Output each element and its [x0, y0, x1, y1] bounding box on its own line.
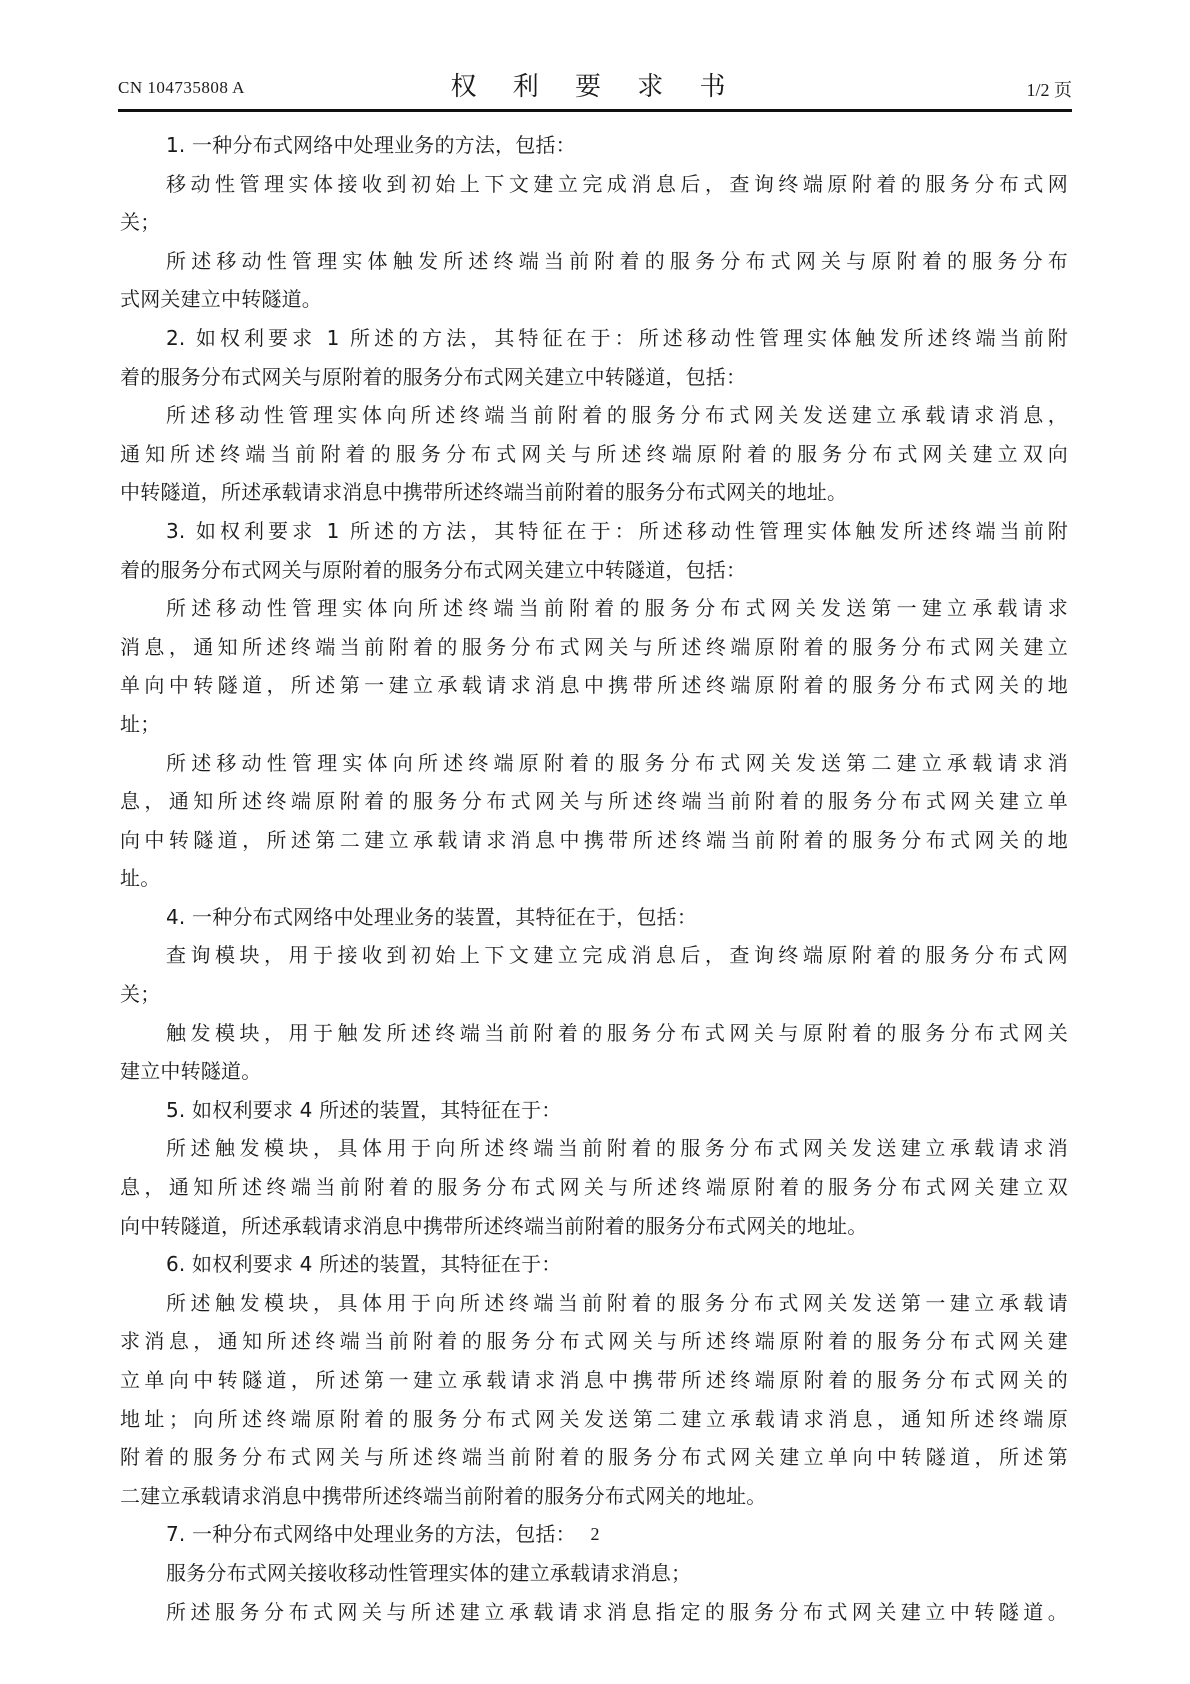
text-line: 通知所述终端当前附着的服务分布式网关与所述终端原附着的服务分布式网关建立双向 — [120, 435, 1068, 474]
text-line: 所述移动性管理实体向所述终端当前附着的服务分布式网关发送第一建立承载请求 — [120, 589, 1068, 628]
text-line: 所述服务分布式网关与所述建立承载请求消息指定的服务分布式网关建立中转隧道。 — [120, 1593, 1068, 1632]
text-line: 址； — [120, 705, 1068, 744]
text-line: 着的服务分布式网关与原附着的服务分布式网关建立中转隧道，包括： — [120, 551, 1068, 590]
text-line: 服务分布式网关接收移动性管理实体的建立承载请求消息； — [120, 1554, 1068, 1593]
text-line: 消息，通知所述终端当前附着的服务分布式网关与所述终端原附着的服务分布式网关建立 — [120, 628, 1068, 667]
text-line: 立单向中转隧道，所述第一建立承载请求消息中携带所述终端原附着的服务分布式网关的 — [120, 1361, 1068, 1400]
text-line: 所述移动性管理实体触发所述终端当前附着的服务分布式网关与原附着的服务分布 — [120, 242, 1068, 281]
text-line: 二建立承载请求消息中携带所述终端当前附着的服务分布式网关的地址。 — [120, 1477, 1068, 1516]
text-line: 所述移动性管理实体向所述终端原附着的服务分布式网关发送第二建立承载请求消 — [120, 744, 1068, 783]
text-line: 所述触发模块，具体用于向所述终端当前附着的服务分布式网关发送第一建立承载请 — [120, 1284, 1068, 1323]
text-line: 息，通知所述终端原附着的服务分布式网关与所述终端当前附着的服务分布式网关建立单 — [120, 782, 1068, 821]
text-line: 求消息，通知所述终端当前附着的服务分布式网关与所述终端原附着的服务分布式网关建 — [120, 1322, 1068, 1361]
page-header: CN 104735808 A 权 利 要 求 书 1/2 页 — [118, 66, 1072, 102]
claims-body: 1. 一种分布式网络中处理业务的方法，包括：移动性管理实体接收到初始上下文建立完… — [120, 126, 1068, 1631]
text-line: 移动性管理实体接收到初始上下文建立完成消息后，查询终端原附着的服务分布式网 — [120, 165, 1068, 204]
text-line: 着的服务分布式网关与原附着的服务分布式网关建立中转隧道，包括： — [120, 358, 1068, 397]
text-line: 向中转隧道，所述第二建立承载请求消息中携带所述终端当前附着的服务分布式网关的地 — [120, 821, 1068, 860]
text-line: 查询模块，用于接收到初始上下文建立完成消息后，查询终端原附着的服务分布式网 — [120, 936, 1068, 975]
text-line: 附着的服务分布式网关与所述终端当前附着的服务分布式网关建立单向中转隧道，所述第 — [120, 1438, 1068, 1477]
text-line: 1. 一种分布式网络中处理业务的方法，包括： — [120, 126, 1068, 165]
text-line: 建立中转隧道。 — [120, 1052, 1068, 1091]
document-title: 权 利 要 求 书 — [118, 66, 1072, 103]
text-line: 所述触发模块，具体用于向所述终端当前附着的服务分布式网关发送建立承载请求消 — [120, 1129, 1068, 1168]
text-line: 地址；向所述终端原附着的服务分布式网关发送第二建立承载请求消息，通知所述终端原 — [120, 1400, 1068, 1439]
text-line: 息，通知所述终端当前附着的服务分布式网关与所述终端原附着的服务分布式网关建立双 — [120, 1168, 1068, 1207]
text-line: 4. 一种分布式网络中处理业务的装置，其特征在于，包括： — [120, 898, 1068, 937]
text-line: 触发模块，用于触发所述终端当前附着的服务分布式网关与原附着的服务分布式网关 — [120, 1014, 1068, 1053]
text-line: 式网关建立中转隧道。 — [120, 280, 1068, 319]
text-line: 中转隧道，所述承载请求消息中携带所述终端当前附着的服务分布式网关的地址。 — [120, 473, 1068, 512]
text-line: 关； — [120, 975, 1068, 1014]
text-line: 3. 如权利要求 1 所述的方法，其特征在于：所述移动性管理实体触发所述终端当前… — [120, 512, 1068, 551]
text-line: 关； — [120, 203, 1068, 242]
text-line: 2. 如权利要求 1 所述的方法，其特征在于：所述移动性管理实体触发所述终端当前… — [120, 319, 1068, 358]
text-line: 5. 如权利要求 4 所述的装置，其特征在于： — [120, 1091, 1068, 1130]
text-line: 所述移动性管理实体向所述终端当前附着的服务分布式网关发送建立承载请求消息， — [120, 396, 1068, 435]
page-number: 2 — [0, 1524, 1190, 1545]
header-divider — [118, 109, 1072, 112]
text-line: 6. 如权利要求 4 所述的装置，其特征在于： — [120, 1245, 1068, 1284]
text-line: 向中转隧道，所述承载请求消息中携带所述终端当前附着的服务分布式网关的地址。 — [120, 1207, 1068, 1246]
text-line: 单向中转隧道，所述第一建立承载请求消息中携带所述终端原附着的服务分布式网关的地 — [120, 666, 1068, 705]
page-indicator: 1/2 页 — [1026, 76, 1072, 102]
text-line: 址。 — [120, 859, 1068, 898]
